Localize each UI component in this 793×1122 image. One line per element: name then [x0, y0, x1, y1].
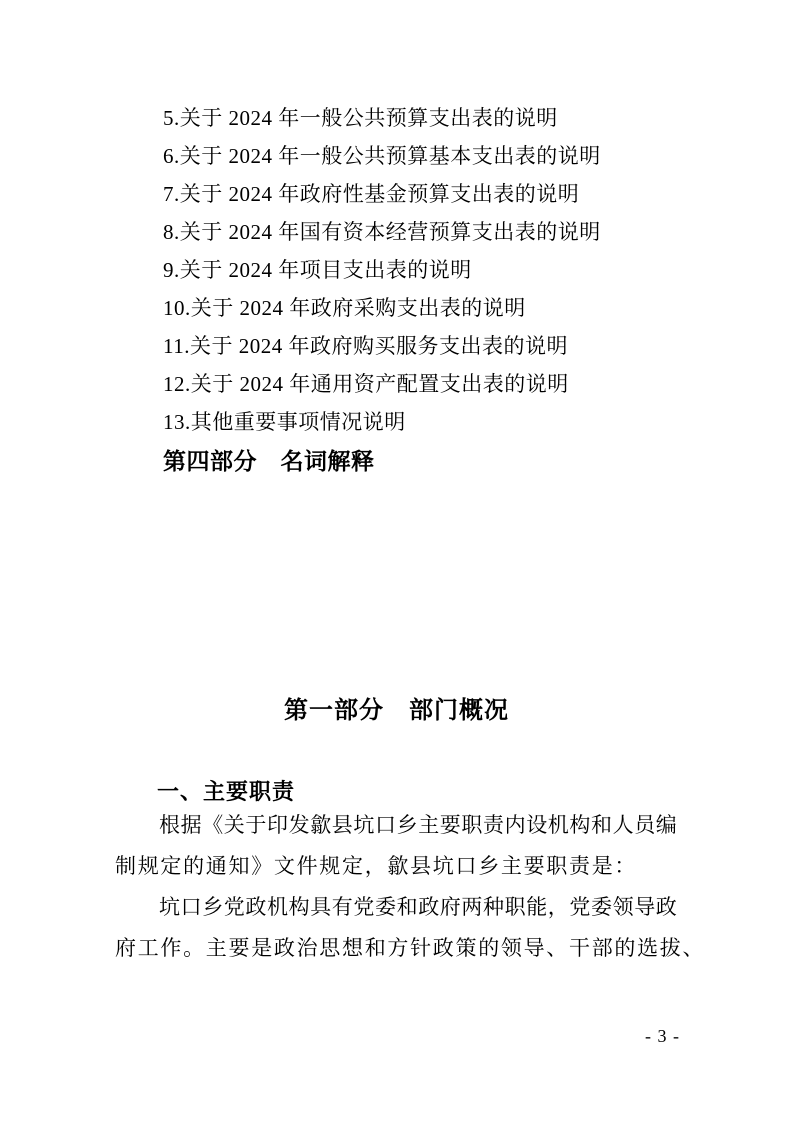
subsection-title-duties: 一、主要职责 — [157, 778, 295, 805]
toc-item-10: 10.关于 2024 年政府采购支出表的说明 — [163, 289, 601, 327]
toc-item-12: 12.关于 2024 年通用资产配置支出表的说明 — [163, 365, 601, 403]
document-page: 5.关于 2024 年一般公共预算支出表的说明 6.关于 2024 年一般公共预… — [0, 0, 793, 1122]
paragraph2-line1: 坑口乡党政机构具有党委和政府两种职能，党委领导政 — [115, 887, 681, 928]
page-number: - 3 - — [645, 1026, 680, 1047]
toc-item-5: 5.关于 2024 年一般公共预算支出表的说明 — [163, 99, 601, 137]
paragraph2-line2: 府工作。主要是政治思想和方针政策的领导、干部的选拔、 — [115, 928, 681, 969]
paragraph1-line1: 根据《关于印发歙县坑口乡主要职责内设机构和人员编 — [115, 805, 681, 846]
toc-item-9: 9.关于 2024 年项目支出表的说明 — [163, 251, 601, 289]
table-of-contents: 5.关于 2024 年一般公共预算支出表的说明 6.关于 2024 年一般公共预… — [163, 99, 601, 479]
toc-item-13: 13.其他重要事项情况说明 — [163, 403, 601, 441]
body-text: 根据《关于印发歙县坑口乡主要职责内设机构和人员编 制规定的通知》文件规定，歙县坑… — [115, 805, 681, 969]
paragraph1-line2: 制规定的通知》文件规定，歙县坑口乡主要职责是： — [115, 846, 681, 887]
toc-item-11: 11.关于 2024 年政府购买服务支出表的说明 — [163, 327, 601, 365]
toc-part4-heading: 第四部分 名词解释 — [163, 441, 601, 479]
toc-item-8: 8.关于 2024 年国有资本经营预算支出表的说明 — [163, 213, 601, 251]
toc-item-7: 7.关于 2024 年政府性基金预算支出表的说明 — [163, 175, 601, 213]
section-title-part1: 第一部分 部门概况 — [0, 695, 793, 727]
toc-item-6: 6.关于 2024 年一般公共预算基本支出表的说明 — [163, 137, 601, 175]
